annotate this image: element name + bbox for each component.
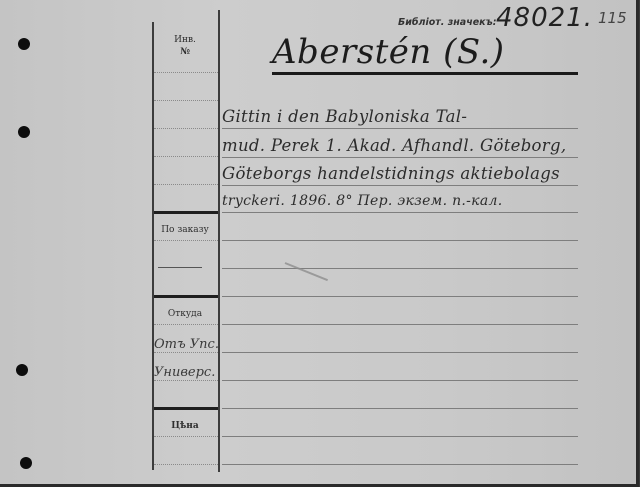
entry-line-1: Gittin i den Babyloniska Tal- <box>222 107 467 126</box>
ruled-line <box>222 380 578 381</box>
left-rule <box>154 100 218 101</box>
punch-hole-icon <box>18 38 30 50</box>
punch-hole-icon <box>16 364 28 376</box>
punch-hole-icon <box>20 457 32 469</box>
order-label: По заказу <box>153 225 217 235</box>
entry-line-2: mud. Perek 1. Akad. Afhandl. Göteborg, <box>222 136 566 155</box>
author-heading: Aberstén (S.) <box>272 32 505 72</box>
ruled-line <box>222 408 578 409</box>
inventory-label: Инв. <box>153 35 217 45</box>
source-value-line-2: Универс. <box>154 365 215 380</box>
author-underline <box>272 72 578 75</box>
ruled-line <box>222 212 578 213</box>
entry-line-3: Göteborgs handelstidnings aktiebolags <box>222 164 560 183</box>
left-column-border-right <box>218 10 220 472</box>
ruled-line <box>222 268 578 269</box>
ruled-line <box>222 436 578 437</box>
catalog-card: Инв. № По заказу Откуда Отъ Упс. Универс… <box>0 0 639 487</box>
left-section-divider <box>154 407 218 410</box>
source-value-line-1: Отъ Упс. <box>154 337 219 352</box>
left-rule <box>154 436 218 437</box>
price-label: Цѣна <box>153 421 217 431</box>
left-rule <box>154 128 218 129</box>
ruled-line <box>222 464 578 465</box>
ruled-line <box>222 352 578 353</box>
left-rule <box>158 267 202 268</box>
page-number: 115 <box>598 9 627 27</box>
left-section-divider <box>154 295 218 298</box>
ruled-line <box>222 157 578 158</box>
shelfmark-value: 48021. <box>496 3 593 33</box>
punch-hole-icon <box>18 126 30 138</box>
pencil-stray-mark <box>285 262 328 281</box>
source-label: Откуда <box>153 309 217 319</box>
ruled-line <box>222 296 578 297</box>
ruled-line <box>222 185 578 186</box>
left-rule <box>154 380 218 381</box>
number-sign: № <box>153 47 217 57</box>
left-column-border-left <box>152 22 154 470</box>
left-section-divider <box>154 211 218 214</box>
left-rule <box>154 352 218 353</box>
left-rule <box>154 156 218 157</box>
ruled-line <box>222 128 578 129</box>
ruled-line <box>222 324 578 325</box>
left-rule <box>154 464 218 465</box>
left-rule <box>154 184 218 185</box>
ruled-line <box>222 240 578 241</box>
left-rule <box>154 72 218 73</box>
left-rule <box>154 324 218 325</box>
entry-line-4: tryckeri. 1896. 8° Пер. экзем. п.-кал. <box>222 193 502 209</box>
shelfmark-label: Библiот. значекъ: <box>398 17 497 28</box>
left-rule <box>154 240 218 241</box>
